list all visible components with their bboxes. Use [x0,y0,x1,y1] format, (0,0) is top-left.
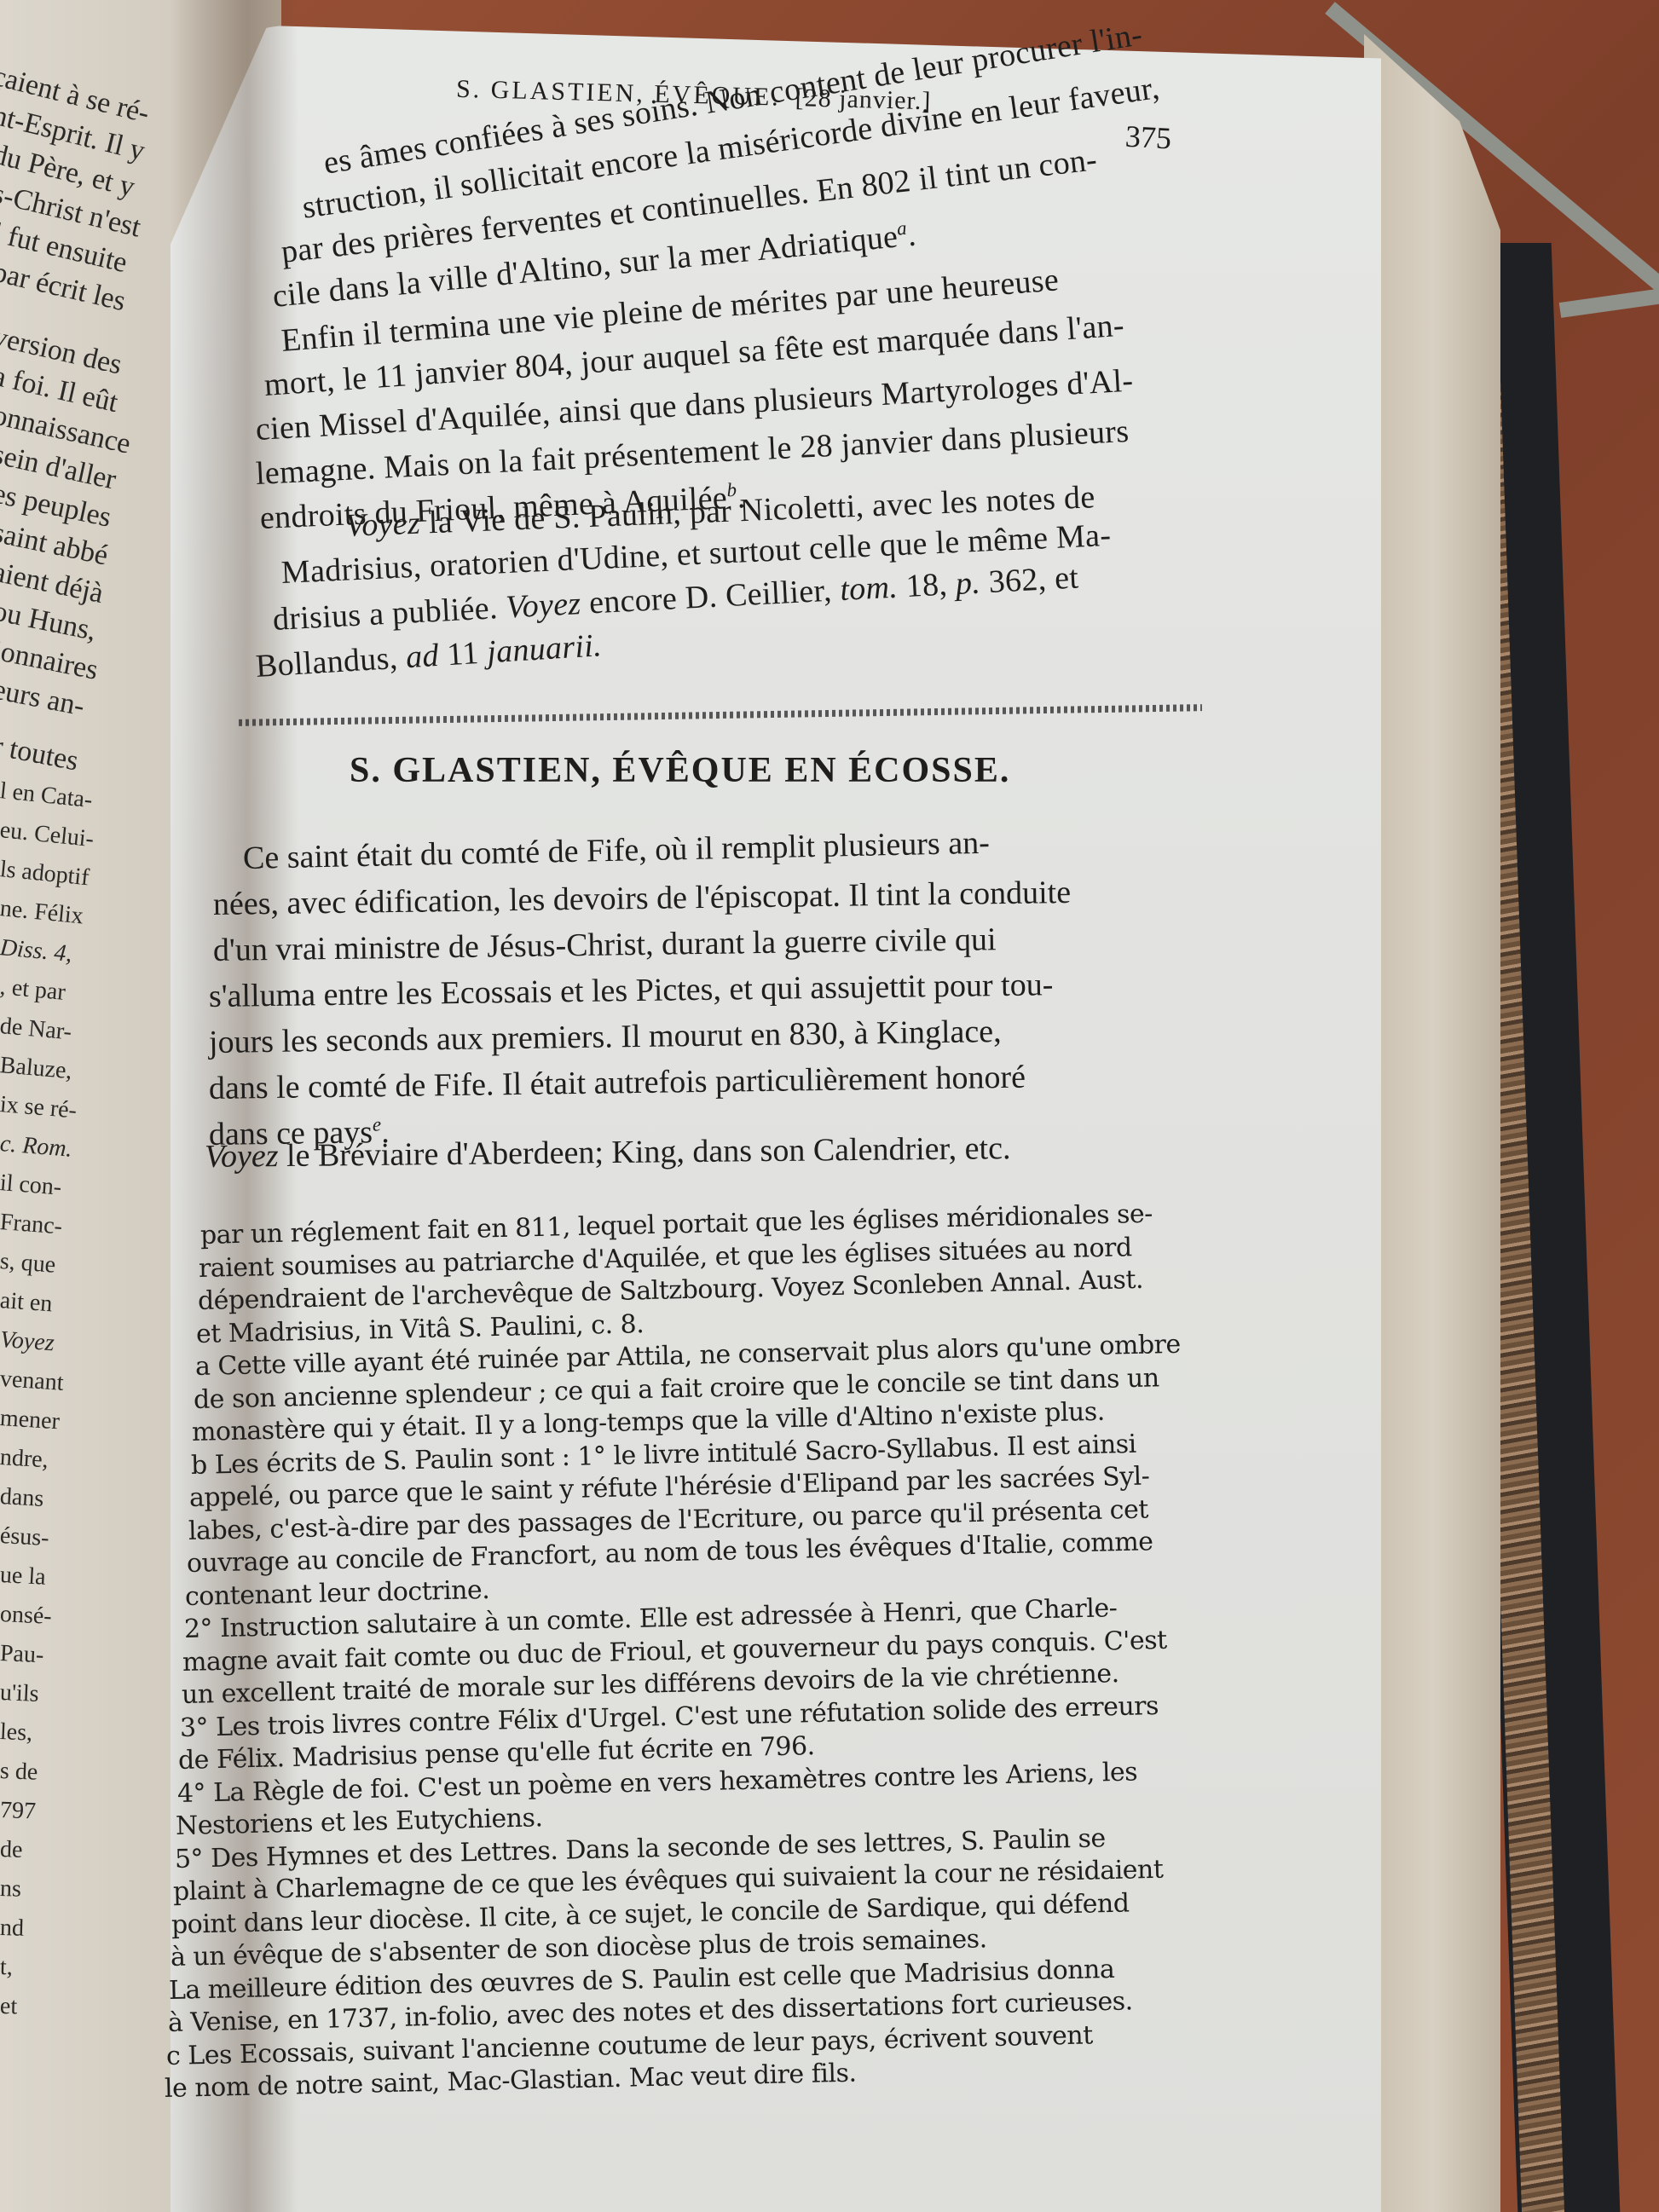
tome-italic: tom. [839,569,899,608]
voyez-italic: Voyez [505,586,581,626]
footnote-mark-b: b [726,479,737,500]
left-page-text-fragment: s, que [0,1248,56,1279]
left-page-text-fragment: u'ils [0,1679,39,1708]
left-page-text-fragment: ait en [0,1287,53,1318]
reference-text: 18, [897,566,957,605]
footnote-mark-a: a [896,217,908,240]
left-page-text-fragment: de [0,1836,23,1864]
left-page-text-fragment: venant [0,1366,65,1397]
left-page-text-fragment: et [0,1993,18,2020]
left-page-text-fragment: ndre, [0,1444,49,1474]
left-page-text-fragment: Pau- [0,1640,44,1669]
left-page-text-fragment: s de [0,1758,38,1787]
left-page-text-fragment: Franc- [0,1209,63,1240]
reference-text: 11 [437,634,488,673]
footnote-mark-c: e [373,1114,381,1135]
januarii-italic: januarii. [486,627,603,670]
left-page-text-fragment: , et par [0,973,66,1007]
ad-italic: ad [405,638,440,675]
left-page-text-fragment: c. Rom. [0,1130,73,1164]
left-page-text-fragment: Voyez [0,1326,55,1357]
left-page-text-fragment: ésus- [0,1522,49,1552]
section-title: S. GLASTIEN, ÉVÊQUE EN ÉCOSSE. [350,750,1010,791]
left-page-text-fragment: ue la [0,1562,46,1591]
left-page-text-fragment: t, [0,1954,13,1981]
paragraph-line: dans ce payse. [209,1113,390,1153]
page-stack-edges [1364,34,1500,2212]
reference-text: 362, et [980,559,1079,600]
left-page-text-fragment: nd [0,1915,24,1943]
left-page-text-fragment: 797 [0,1797,37,1826]
left-page-text-fragment: il con- [0,1170,62,1202]
left-page-text-fragment: ns [0,1875,21,1903]
left-page-text-fragment: onsé- [0,1601,52,1631]
page-abbrev-italic: p. [955,565,981,602]
left-page-text-fragment: mener [0,1405,61,1435]
footnote-line: contenant leur doctrine. [185,1574,490,1611]
left-page-text-fragment: dans [0,1483,44,1513]
left-page-text-fragment: les, [0,1718,33,1747]
